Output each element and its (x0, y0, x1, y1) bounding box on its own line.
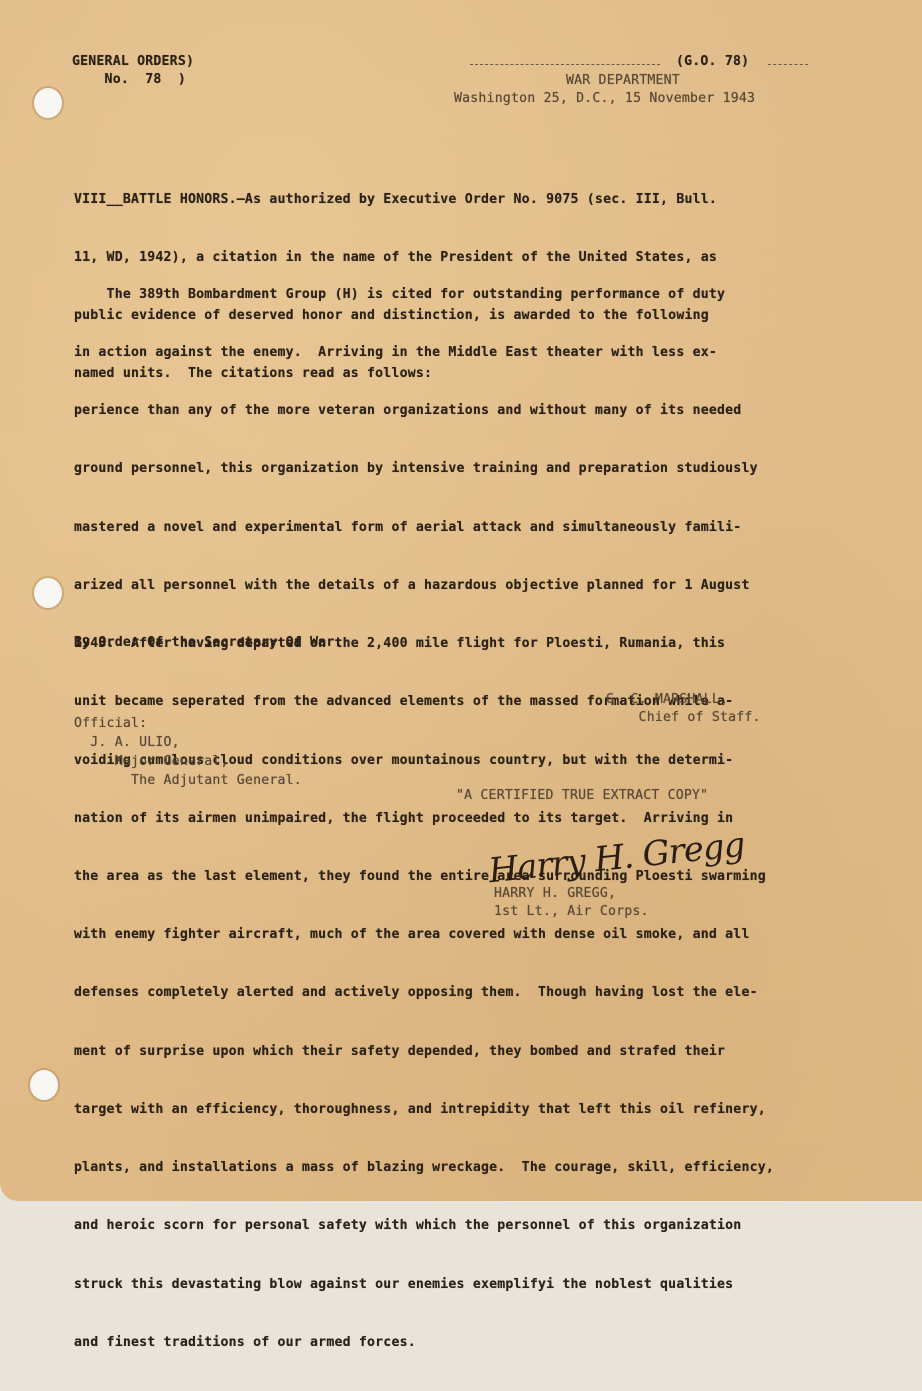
official-name: J. A. ULIO, (74, 735, 180, 750)
location-date: Washington 25, D.C., 15 November 1943 (454, 91, 755, 106)
order-reference: (G.O. 78) (676, 54, 749, 69)
citation-line: mastered a novel and experimental form o… (74, 518, 774, 537)
order-number: No. 78 ) (72, 72, 186, 87)
punch-hole (34, 88, 62, 118)
citation-line: plants, and installations a mass of blaz… (74, 1158, 774, 1177)
by-order-line: By Order Of the Secretary Of War: (74, 635, 343, 650)
certifier-name: HARRY H. GREGG, (494, 886, 616, 901)
citation-line: target with an efficiency, thoroughness,… (74, 1100, 774, 1119)
dash-rule (470, 64, 660, 65)
citation-line: The 389th Bombardment Group (H) is cited… (74, 285, 774, 304)
citation-line: arized all personnel with the details of… (74, 576, 774, 595)
citation-line: ground personnel, this organization by i… (74, 459, 774, 478)
citation-line: nation of its airmen unimpaired, the fli… (74, 809, 774, 828)
intro-line: VIII__BATTLE HONORS.—As authorized by Ex… (74, 190, 717, 209)
official-label: Official: (74, 716, 147, 731)
citation-line: with enemy fighter aircraft, much of the… (74, 925, 774, 944)
punch-hole (34, 578, 62, 608)
certifier-rank: 1st Lt., Air Corps. (494, 904, 649, 919)
citation-line: ment of surprise upon which their safety… (74, 1042, 774, 1061)
signatory-name: G. C. MARSHALL, (606, 692, 728, 707)
signatory-title: Chief of Staff. (606, 710, 761, 725)
official-rank: Major General, (74, 754, 229, 769)
citation-line: perience than any of the more veteran or… (74, 401, 774, 420)
department-name: WAR DEPARTMENT (566, 73, 680, 88)
general-orders-label: GENERAL ORDERS) (72, 54, 194, 69)
certification-label: "A CERTIFIED TRUE EXTRACT COPY" (456, 788, 708, 803)
citation-line: defenses completely alerted and actively… (74, 983, 774, 1002)
document-page: GENERAL ORDERS) No. 78 ) (G.O. 78) WAR D… (0, 0, 922, 1201)
official-title: The Adjutant General. (74, 773, 302, 788)
dash-rule (768, 64, 808, 65)
citation-line: in action against the enemy. Arriving in… (74, 343, 774, 362)
punch-hole (30, 1070, 58, 1100)
